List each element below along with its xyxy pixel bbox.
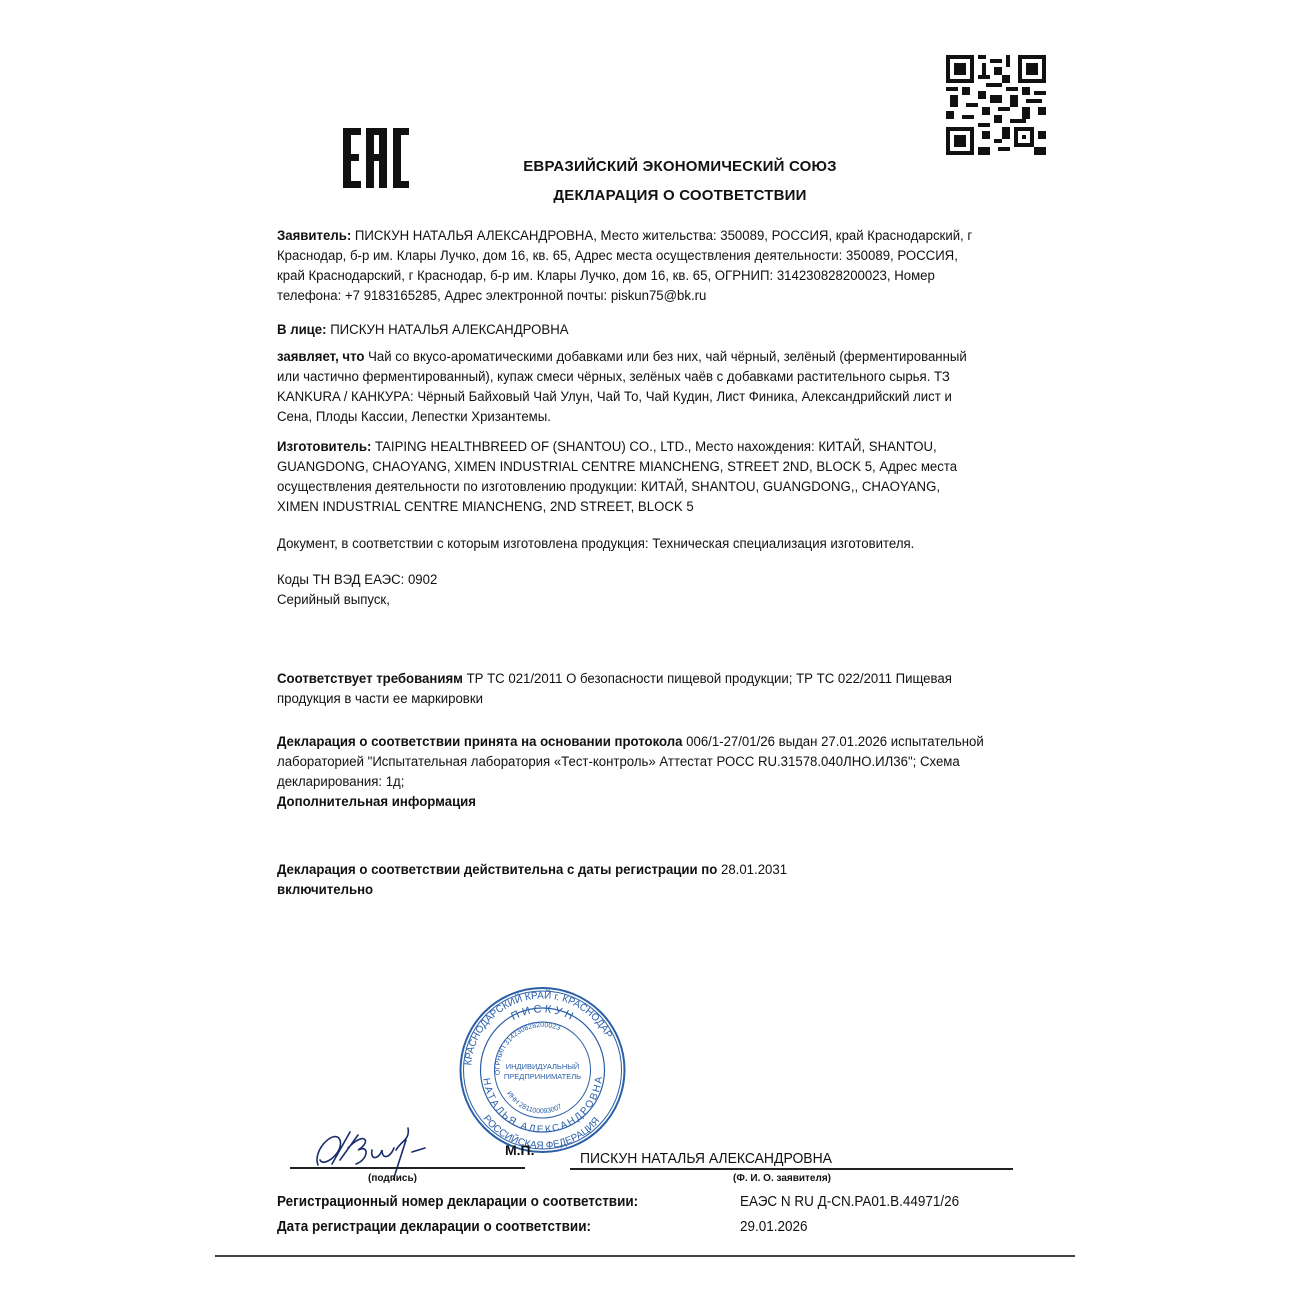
represented-by-label: В лице: (277, 322, 327, 338)
name-line (570, 1168, 1013, 1170)
official-stamp: КРАСНОДАРСКИЙ КРАЙ г. КРАСНОДАР РОССИЙСК… (455, 985, 630, 1155)
serial-release: Серийный выпуск, (277, 590, 984, 610)
union-title: ЕВРАЗИЙСКИЙ ЭКОНОМИЧЕСКИЙ СОЮЗ (470, 158, 890, 175)
eac-logo-icon (343, 128, 411, 188)
manufacturer-label: Изготовитель: (277, 439, 371, 455)
declares-text: Чай со вкусо-ароматическими добавками ил… (277, 349, 967, 425)
registration-number-label: Регистрационный номер декларации о соотв… (277, 1194, 638, 1210)
tnved-codes: Коды ТН ВЭД ЕАЭС: 0902 (277, 570, 984, 590)
validity-section: Декларация о соответствии действительна … (277, 860, 984, 900)
protocol-section: Декларация о соответствии принята на осн… (277, 732, 984, 792)
validity-label: Декларация о соответствии действительна … (277, 862, 717, 878)
complies-section: Соответствует требованиям ТР ТС 021/2011… (277, 669, 984, 709)
protocol-label: Декларация о соответствии принята на осн… (277, 734, 682, 750)
svg-text:ПИСКУН: ПИСКУН (509, 1003, 577, 1024)
signature-line (290, 1167, 525, 1169)
applicant-label: Заявитель: (277, 228, 351, 244)
complies-label: Соответствует требованиям (277, 671, 463, 687)
qr-code-icon (946, 55, 1046, 155)
name-caption: (Ф. И. О. заявителя) (733, 1173, 831, 1184)
represented-by-text: ПИСКУН НАТАЛЬЯ АЛЕКСАНДРОВНА (327, 322, 569, 338)
registration-number-value: ЕАЭС N RU Д-CN.PA01.B.44971/26 (740, 1194, 959, 1210)
manufacturer-text: TAIPING HEALTHBREED OF (SHANTOU) CO., LT… (277, 439, 957, 515)
declares-section: заявляет, что Чай со вкусо-ароматическим… (277, 347, 984, 427)
signature-icon (310, 1120, 470, 1180)
document-title: ДЕКЛАРАЦИЯ О СООТВЕТСТВИИ (470, 187, 890, 204)
stamp-place-label: М.П. (505, 1142, 535, 1158)
declares-label: заявляет, что (277, 349, 364, 365)
applicant-section: Заявитель: ПИСКУН НАТАЛЬЯ АЛЕКСАНДРОВНА,… (277, 226, 984, 306)
footer-rule (215, 1255, 1075, 1257)
signature-caption: (подпись) (368, 1173, 417, 1184)
validity-suffix: включительно (277, 882, 373, 898)
applicant-name: ПИСКУН НАТАЛЬЯ АЛЕКСАНДРОВНА (580, 1150, 832, 1167)
validity-date: 28.01.2031 (717, 862, 787, 878)
manufacturer-section: Изготовитель: TAIPING HEALTHBREED OF (SH… (277, 437, 984, 517)
registration-date-value: 29.01.2026 (740, 1219, 807, 1235)
document-basis: Документ, в соответствии с которым изгот… (277, 534, 984, 554)
svg-text:ПРЕДПРИНИМАТЕЛЬ: ПРЕДПРИНИМАТЕЛЬ (504, 1072, 581, 1081)
svg-text:ИНН 281100093007: ИНН 281100093007 (505, 1090, 563, 1115)
svg-text:ИНДИВИДУАЛЬНЫЙ: ИНДИВИДУАЛЬНЫЙ (506, 1062, 580, 1071)
represented-by-section: В лице: ПИСКУН НАТАЛЬЯ АЛЕКСАНДРОВНА (277, 320, 984, 340)
registration-date-label: Дата регистрации декларации о соответств… (277, 1219, 591, 1235)
applicant-text: ПИСКУН НАТАЛЬЯ АЛЕКСАНДРОВНА, Место жите… (277, 228, 972, 304)
additional-info: Дополнительная информация (277, 792, 984, 812)
